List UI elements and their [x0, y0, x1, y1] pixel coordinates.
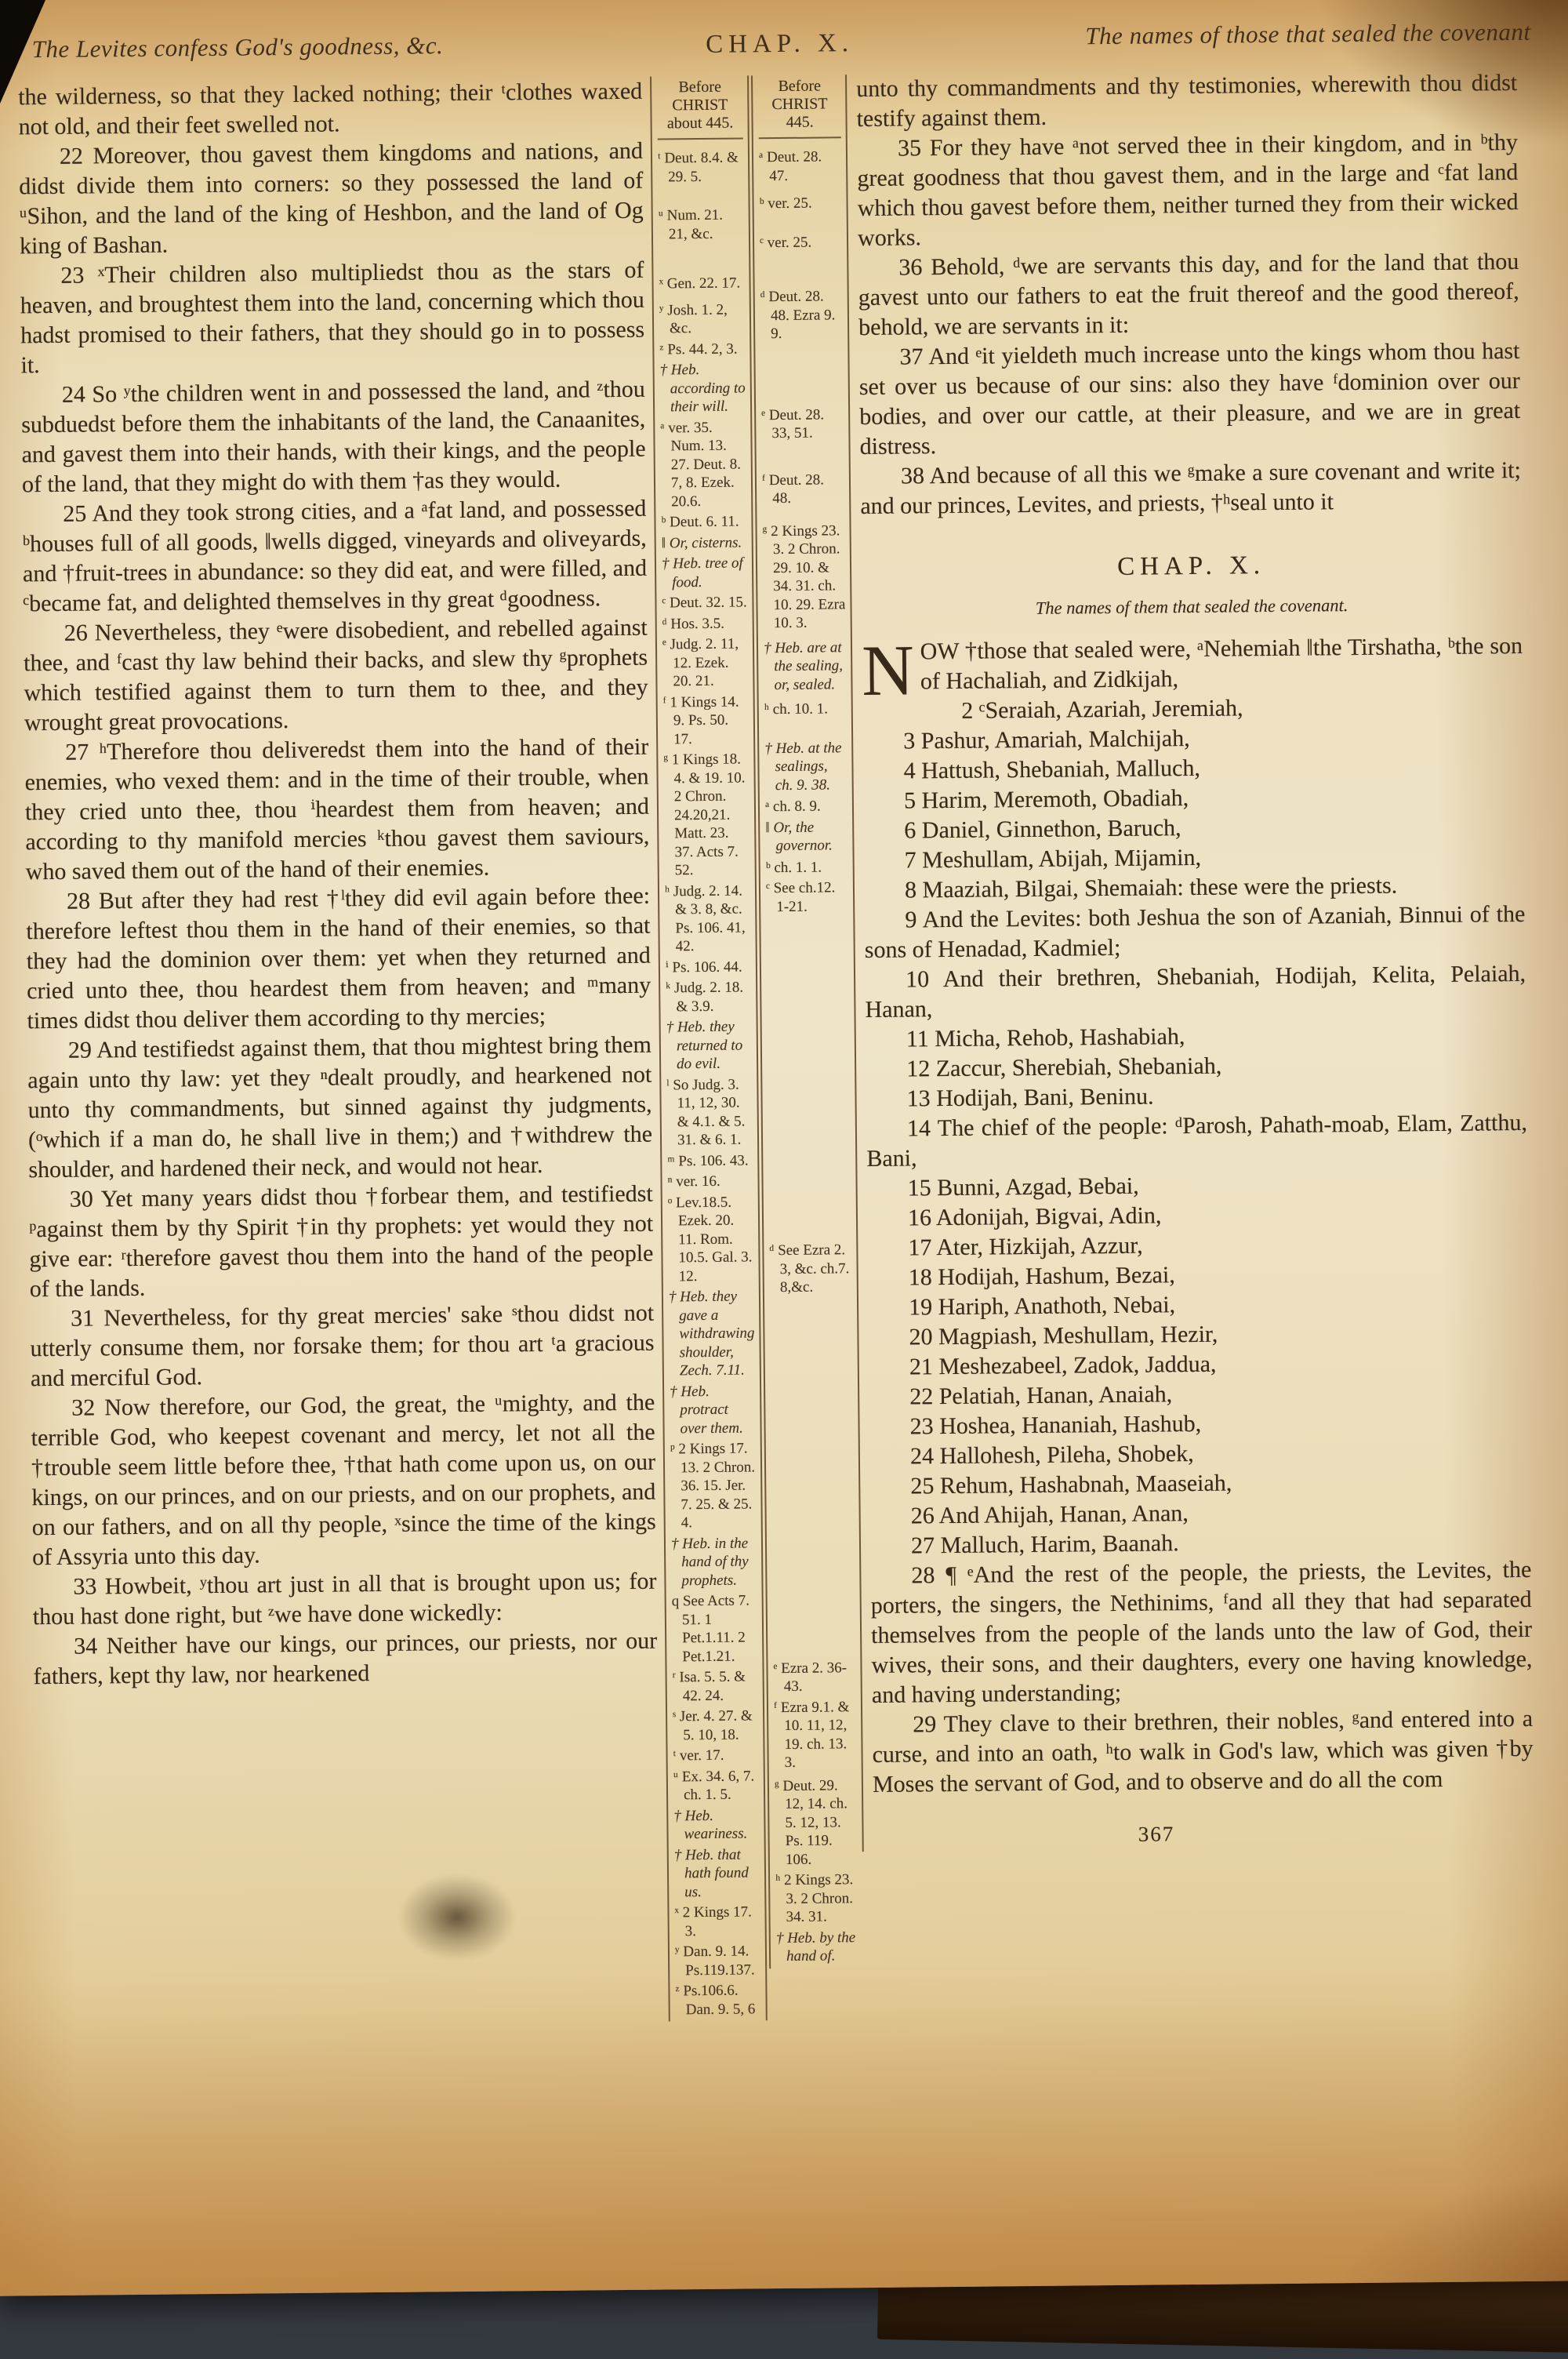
cross-reference: ᵗ ver. 17.: [673, 1746, 758, 1765]
before-christ-heading-right: Before CHRIST 445.: [758, 75, 841, 139]
cross-reference: ᶜ Deut. 32. 15.: [662, 593, 747, 612]
cross-reference: † Heb. weariness.: [673, 1806, 760, 1844]
cross-reference: ᶠ Deut. 28. 48.: [762, 471, 844, 508]
cross-reference: ʸ Dan. 9. 14. Ps.119.137.: [675, 1942, 761, 1979]
verse-paragraph: 29 They clave to their brethren, their n…: [872, 1704, 1534, 1800]
cross-reference: † Heb. protract over them.: [670, 1382, 756, 1438]
cross-reference: ʸ Josh. 1. 2, &c.: [659, 300, 746, 338]
cross-reference: ⁱ Ps. 106. 44.: [666, 958, 751, 977]
cross-reference: ‖ Or, cisterns.: [662, 533, 747, 553]
cross-reference: ᵉ Ezra 2. 36-43.: [773, 1659, 855, 1696]
chapter-heading: CHAP. X.: [861, 548, 1522, 584]
cross-reference: ʳ Isa. 5. 5. & 42. 24.: [673, 1667, 759, 1705]
cross-reference: ᵈ See Ezra 2. 3, &c. ch.7. 8,&c.: [769, 1241, 852, 1297]
cross-reference: ᶠ 1 Kings 14. 9. Ps. 50. 17.: [663, 692, 750, 749]
bible-page: The Levites confess God's goodness, &c. …: [0, 0, 1568, 2296]
cross-reference: ˡ So Judg. 3. 11, 12, 30. & 4.1. & 5. 31…: [666, 1075, 753, 1150]
chapter10-verses: 2 ᶜSeraiah, Azariah, Jeremiah,3 Pashur, …: [862, 691, 1534, 1800]
cross-reference: ᶜ See ch.12. 1-21.: [766, 878, 848, 916]
cross-reference: ˣ 2 Kings 17. 3.: [674, 1903, 760, 1940]
cross-reference: † Heb. are at the sealing, or, sealed.: [764, 638, 847, 695]
cross-reference: ᶠ Ezra 9.1. & 10. 11, 12, 19. ch. 13. 3.: [774, 1698, 857, 1772]
chapter9-verses: unto thy commandments and thy testimonie…: [856, 68, 1521, 522]
verse-paragraph: 24 So ʸthe children went in and possesse…: [21, 375, 646, 500]
verse-paragraph: 22 Moreover, thou gavest them kingdoms a…: [19, 136, 644, 262]
verse-paragraph: 37 And ᵉit yieldeth much increase unto t…: [858, 336, 1520, 462]
cross-reference: ᵍ 1 Kings 18. 4. & 19. 10. 2 Chron. 24.2…: [663, 750, 750, 880]
before-christ-heading-left: Before CHRIST about 445.: [657, 75, 743, 140]
cross-reference: q See Acts 7. 51. 1 Pet.1.11. 2 Pet.1.21…: [672, 1591, 758, 1666]
cross-reference: ᵍ Deut. 29. 12, 14. ch. 5. 12, 13. Ps. 1…: [775, 1776, 858, 1870]
cross-reference: † Heb. tree of food.: [662, 554, 748, 591]
cross-reference: ᵇ Deut. 6. 11.: [661, 512, 746, 532]
verse-paragraph: 36 Behold, ᵈwe are servants this day, an…: [858, 247, 1519, 343]
reference-column-right: Before CHRIST 445. ᵃ Deut. 28. 47.ᵇ ver.…: [751, 75, 863, 1968]
verse-paragraph: 28 ¶ ᵉAnd the rest of the people, the pr…: [870, 1555, 1533, 1710]
verse-paragraph: 23 ˣTheir children also multipliedst tho…: [20, 256, 644, 381]
verse-paragraph: the wilderness, so that they lacked noth…: [18, 77, 643, 143]
photo-of-bible-page: The Levites confess God's goodness, &c. …: [0, 0, 1568, 2359]
cross-reference: ᵒ Lev.18.5. Ezek. 20. 11. Rom. 10.5. Gal…: [668, 1193, 754, 1286]
text-columns: the wilderness, so that they lacked noth…: [18, 68, 1536, 2027]
verse-text: OW †those that sealed were, ᵃNehemiah ‖t…: [920, 633, 1523, 694]
running-head: The Levites confess God's goodness, &c. …: [28, 21, 1530, 35]
cross-reference: ᵃ ch. 8. 9.: [765, 797, 848, 816]
cross-reference: ˢ Jer. 4. 27. & 5. 10, 18.: [673, 1707, 759, 1744]
cross-reference: ᵏ Judg. 2. 18. & 3.9.: [666, 978, 752, 1016]
verse-paragraph: 9 And the Levites: both Jeshua the son o…: [864, 900, 1526, 965]
cross-reference: ᵐ Ps. 106. 43.: [667, 1151, 753, 1171]
cross-reference: ᶻ Ps.106.6. Dan. 9. 5, 6: [675, 1981, 761, 2019]
verse-paragraph: 32 Now therefore, our God, the great, th…: [31, 1388, 656, 1573]
running-head-right: The names of those that sealed the coven…: [1085, 18, 1531, 50]
verse-paragraph: 34 Neither have our kings, our princes, …: [33, 1627, 658, 1692]
verse-paragraph: 35 For they have ᵃnot served thee in the…: [857, 128, 1519, 253]
verse-paragraph: 28 But after they had rest †ˡthey did ev…: [26, 881, 652, 1037]
cross-reference: ᵉ Deut. 28. 33, 51.: [761, 405, 844, 443]
cross-reference-list: ᵗ Deut. 8.4. & 29. 5.ᵘ Num. 21. 21, &c.ˣ…: [658, 148, 761, 2019]
cross-reference: ᵘ Num. 21. 21, &c.: [659, 205, 745, 243]
cross-reference: ᵃ ver. 35. Num. 13. 27. Deut. 8. 7, 8. E…: [660, 418, 746, 511]
cross-reference: ʰ ch. 10. 1.: [764, 700, 847, 719]
cross-reference: ᵃ Deut. 28. 47.: [759, 147, 841, 185]
cross-reference: † Heb. at the sealings, ch. 9. 38.: [764, 739, 848, 795]
cross-reference: ᶜ ver. 25.: [760, 233, 842, 253]
cross-reference: ᵇ ver. 25.: [760, 194, 842, 213]
cross-reference: ᵘ Ex. 34. 6, 7. ch. 1. 5.: [673, 1767, 760, 1805]
left-text-column: the wilderness, so that they lacked noth…: [18, 77, 666, 1692]
verse-paragraph: 29 And testifiedst against them, that th…: [27, 1030, 653, 1186]
verse-paragraph: 31 Nevertheless, for thy great mercies' …: [30, 1299, 655, 1394]
chapter-subtitle: The names of them that sealed the covena…: [861, 589, 1522, 625]
cross-reference: ᵇ ch. 1. 1.: [766, 858, 848, 878]
cross-reference: ᵍ 2 Kings 23. 3. 2 Chron. 29. 10. & 34. …: [763, 522, 846, 633]
verse-paragraph: 33 Howbeit, ʸthou art just in all that i…: [32, 1567, 657, 1633]
cross-reference: † Heb. that hath found us.: [674, 1845, 760, 1902]
cross-reference: † Heb. in the hand of thy prophets.: [671, 1534, 757, 1590]
verse-paragraph: 14 The chief of the people: ᵈParosh, Pah…: [866, 1108, 1528, 1174]
verse-paragraph: unto thy commandments and thy testimonie…: [856, 68, 1518, 134]
cross-reference: ˣ Gen. 22. 17.: [659, 274, 744, 293]
cross-reference: ᵖ 2 Kings 17. 13. 2 Chron. 36. 15. Jer. …: [670, 1439, 757, 1532]
cross-reference: ⁿ ver. 16.: [667, 1172, 753, 1191]
cross-reference: ᶻ Ps. 44. 2, 3.: [659, 340, 745, 359]
cross-reference: ‖ Or, the governor.: [765, 818, 848, 856]
right-text-column: unto thy commandments and thy testimonie…: [845, 68, 1534, 1852]
verse-paragraph: 26 Nevertheless, they ᵉwere disobedient,…: [24, 613, 648, 739]
cross-reference: † Heb. by the hand of.: [776, 1928, 858, 1966]
cross-reference-list: ᵃ Deut. 28. 47.ᵇ ver. 25.ᶜ ver. 25.ᵈ Deu…: [759, 147, 858, 1965]
verse-paragraph: 27 ʰTherefore thou deliveredst them into…: [24, 732, 650, 888]
cross-reference: ʰ Judg. 2. 14. & 3. 8, &c. Ps. 106. 41, …: [665, 881, 751, 956]
cross-reference: ᵈ Deut. 28. 48. Ezra 9. 9.: [760, 287, 844, 343]
verse-paragraph-with-dropcap: NOW †those that sealed were, ᵃNehemiah ‖…: [862, 631, 1523, 697]
ink-smudge-stain: [398, 1874, 516, 1961]
reference-column-left: Before CHRIST about 445. ᵗ Deut. 8.4. & …: [650, 75, 768, 2021]
verse-paragraph: 30 Yet many years didst thou †forbear th…: [29, 1179, 654, 1305]
page-number: 367: [873, 1816, 1534, 1852]
cross-reference: † Heb. they returned to do evil.: [666, 1017, 753, 1074]
cross-reference: † Heb. they gave a withdrawing shoulder,…: [669, 1287, 755, 1380]
cross-reference: ᵈ Hos. 3.5.: [662, 614, 748, 634]
cross-reference: ᵗ Deut. 8.4. & 29. 5.: [658, 148, 744, 186]
cross-reference: † Heb. according to their will.: [660, 360, 746, 416]
verse-paragraph: 10 And their brethren, Shebaniah, Hodija…: [865, 959, 1526, 1025]
verse-paragraph: 25 And they took strong cities, and a ᵃf…: [22, 494, 647, 620]
verse-paragraph: 38 And because of all this we ᵍmake a su…: [860, 456, 1522, 522]
drop-cap-initial: N: [862, 637, 920, 699]
cross-reference: ʰ 2 Kings 23. 3. 2 Chron. 34. 31.: [775, 1870, 858, 1927]
cross-reference: ᵉ Judg. 2. 11, 12. Ezek. 20. 21.: [662, 634, 749, 691]
